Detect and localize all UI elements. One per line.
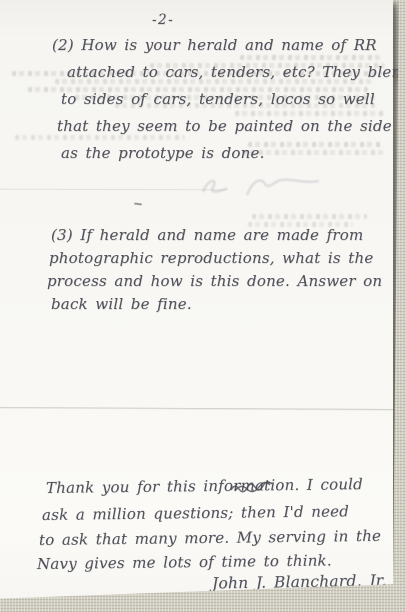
handwritten-line: photographic reproductions, what is the <box>49 249 373 267</box>
signature-bleedthrough <box>195 172 325 202</box>
handwritten-line: process and how is this done. Answer on <box>47 272 382 290</box>
handwritten-line: to ask that many more. My serving in the <box>39 527 381 549</box>
handwritten-line: back will be fine. <box>51 295 192 313</box>
handwritten-line: that they seem to be painted on the side <box>57 117 392 135</box>
handwritten-line: Thank you for this information. I could <box>46 475 363 497</box>
fold-crease <box>0 407 393 411</box>
letter-paper-sheet: -2- (2) How is your herald and name of R… <box>0 0 393 601</box>
typewriter-bleedthrough <box>15 135 185 140</box>
handwritten-line: as the prototype is done. <box>61 144 265 162</box>
pen-dash-artifact <box>134 202 142 205</box>
handwritten-line: (2) How is your herald and name of RR <box>52 36 377 54</box>
handwritten-line: to sides of cars, tenders, locos so well <box>61 90 375 108</box>
signature: John J. Blanchard, Jr. <box>212 571 387 592</box>
page-number: -2- <box>152 12 174 28</box>
handwritten-line: attached to cars, tenders, etc? They ble… <box>67 63 406 81</box>
typewriter-bleedthrough <box>248 142 383 147</box>
fold-crease-faint <box>0 189 228 191</box>
handwritten-line: (3) If herald and name are made from <box>51 226 363 244</box>
typewriter-bleedthrough <box>252 214 367 219</box>
handwritten-line: Navy gives me lots of time to think. <box>37 551 332 573</box>
scanned-letter-page: -2- (2) How is your herald and name of R… <box>0 0 406 612</box>
handwritten-line: ask a million questions; then I'd need <box>42 502 349 524</box>
typewriter-bleedthrough <box>240 55 380 60</box>
handwritten-correction-scribble <box>229 481 275 495</box>
typewriter-bleedthrough <box>235 111 385 116</box>
